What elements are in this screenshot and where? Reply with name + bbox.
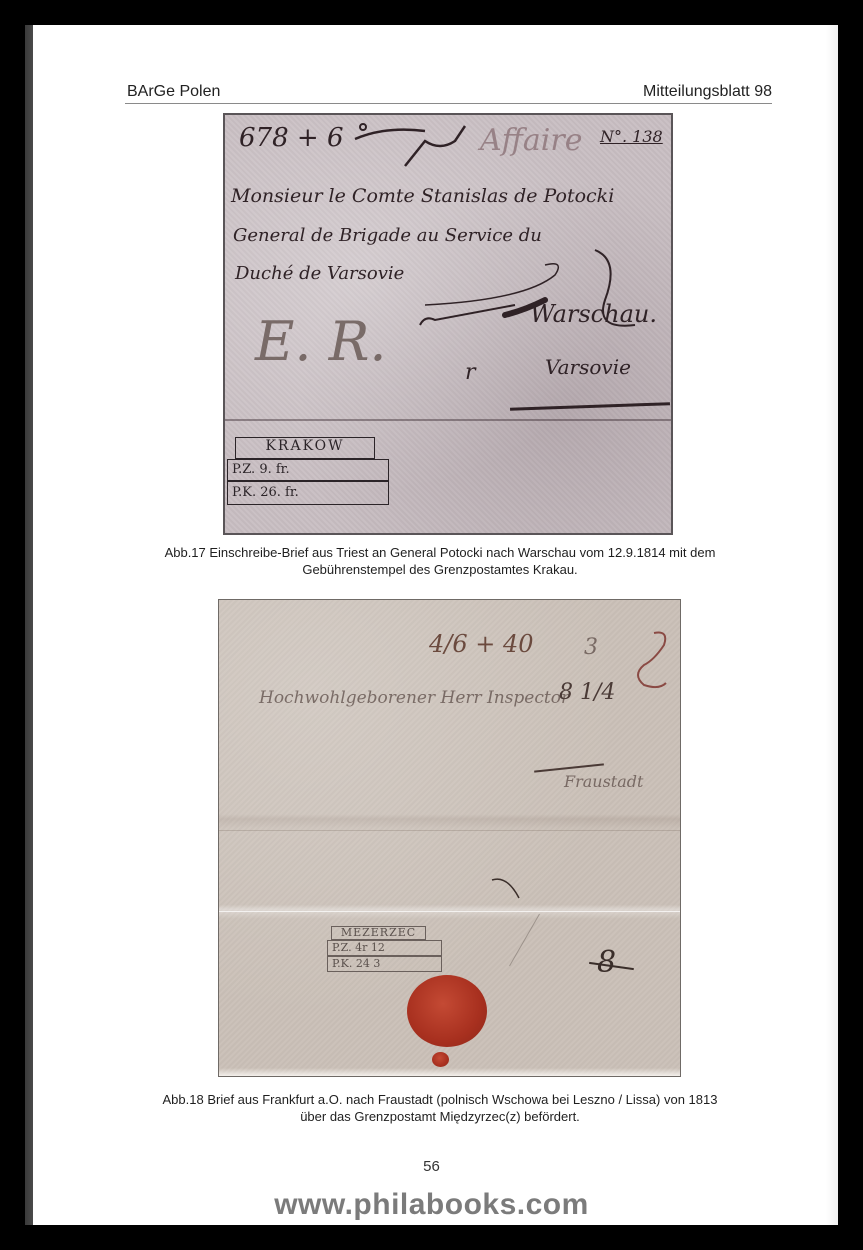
watermark-url: www.philabooks.com [25, 1188, 838, 1222]
fig18-stamp-city: MEZERZEC [331, 926, 426, 940]
fig18-fold-lower [219, 911, 680, 912]
fig18-top-number: 4/6 + 40 [429, 630, 534, 658]
figure-17-caption-line-1: Abb.17 Einschreibe-Brief aus Triest an G… [115, 544, 765, 561]
fig18-stamp-pk: P.K. 24 3 [327, 956, 442, 972]
document-page: BArGe Polen Mitteilungsblatt 98 678 + 6 … [25, 25, 838, 1225]
fig18-rate: 8 1/4 [559, 680, 615, 705]
page-number: 56 [25, 1158, 838, 1175]
fig17-stamp-pk: P.K. 26. fr. [227, 481, 389, 505]
fig18-stamp-pz: P.Z. 4r 12 [327, 940, 442, 956]
figure-18-caption: Abb.18 Brief aus Frankfurt a.O. nach Fra… [115, 1091, 765, 1125]
fig17-registration-mark: E. R. [255, 310, 387, 373]
header-issue: Mitteilungsblatt 98 [643, 83, 772, 101]
fig17-address-line-1: Monsieur le Comte Stanislas de Potocki [231, 185, 614, 207]
fig18-destination-stroke [534, 763, 604, 772]
fig17-pen-flourish-icon [345, 121, 495, 181]
fig18-wax-drip [432, 1052, 449, 1067]
header-publisher: BArGe Polen [127, 83, 220, 101]
page-spine-shadow [25, 25, 33, 1225]
fig17-destination-1: Warschau. [530, 300, 657, 328]
fig17-horizontal-fold [225, 419, 671, 421]
running-header: BArGe Polen Mitteilungsblatt 98 [125, 81, 772, 104]
fig18-tick-mark-icon [489, 870, 529, 905]
fig17-destination-underline [510, 402, 670, 411]
fig17-top-left-number: 678 + 6 [239, 123, 343, 153]
fig18-red-crayon-mark-icon [624, 625, 674, 695]
fig17-top-right-number: N°. 138 [600, 127, 663, 146]
fig18-top-right-mark: 3 [584, 635, 598, 660]
figure-17-caption-line-2: Gebührenstempel des Grenzpostamtes Kraka… [115, 561, 765, 578]
fig18-fold-upper [219, 830, 680, 831]
figure-17-letter-image: 678 + 6 Affaire N°. 138 Monsieur le Comt… [223, 113, 673, 535]
fig17-arrow-stroke-icon [415, 300, 525, 335]
figure-17-caption: Abb.17 Einschreibe-Brief aus Triest an G… [115, 544, 765, 578]
fig17-faded-scribble: Affaire [480, 123, 583, 158]
fig17-destination-2: Varsovie [545, 355, 631, 379]
fig18-bottom-torn-edge [219, 1068, 680, 1076]
figure-18-caption-line-2: über das Grenzpostamt Międzyrzec(z) befö… [115, 1108, 765, 1125]
fig18-address-line: Hochwohlgeborener Herr Inspector [259, 688, 569, 708]
fig17-stamp-pz: P.Z. 9. fr. [227, 459, 389, 481]
fig17-address-line-3: Duché de Varsovie [235, 263, 404, 284]
fig18-diagonal-crease [509, 914, 540, 966]
fig18-destination: Fraustadt [564, 772, 643, 791]
fig18-wax-seal [407, 975, 487, 1047]
figure-18-caption-line-1: Abb.18 Brief aus Frankfurt a.O. nach Fra… [115, 1091, 765, 1108]
figure-18-letter-image: 4/6 + 40 3 Hochwohlgeborener Herr Inspec… [218, 599, 681, 1077]
fig17-stamp-city: KRAKOW [235, 437, 375, 459]
page-edge-shade [826, 25, 838, 1225]
fig17-small-mark: r [465, 360, 476, 385]
